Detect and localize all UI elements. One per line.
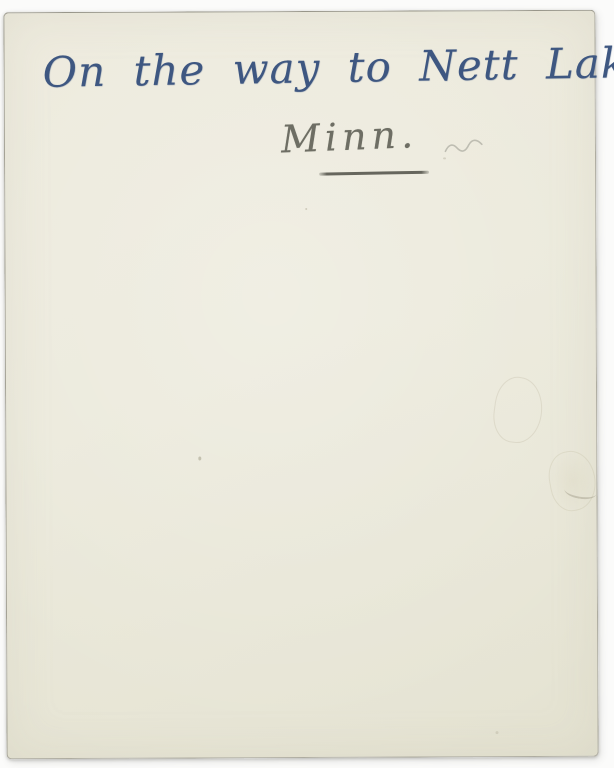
paper-speck — [305, 208, 307, 210]
paper-speck — [496, 731, 499, 734]
handwriting-line-2: Minn. — [280, 114, 419, 161]
stain — [544, 447, 600, 514]
pencil-smudge — [442, 135, 486, 157]
paper-speck — [198, 456, 201, 460]
pencil-underline — [319, 171, 429, 176]
stain — [490, 374, 546, 446]
paper: On the way to Nett Lake Minn. — [3, 10, 598, 760]
stain — [564, 482, 598, 501]
handwriting-line-1: On the way to Nett Lake — [42, 40, 614, 96]
scan-background: On the way to Nett Lake Minn. — [0, 0, 614, 768]
paper-speck — [443, 157, 446, 159]
